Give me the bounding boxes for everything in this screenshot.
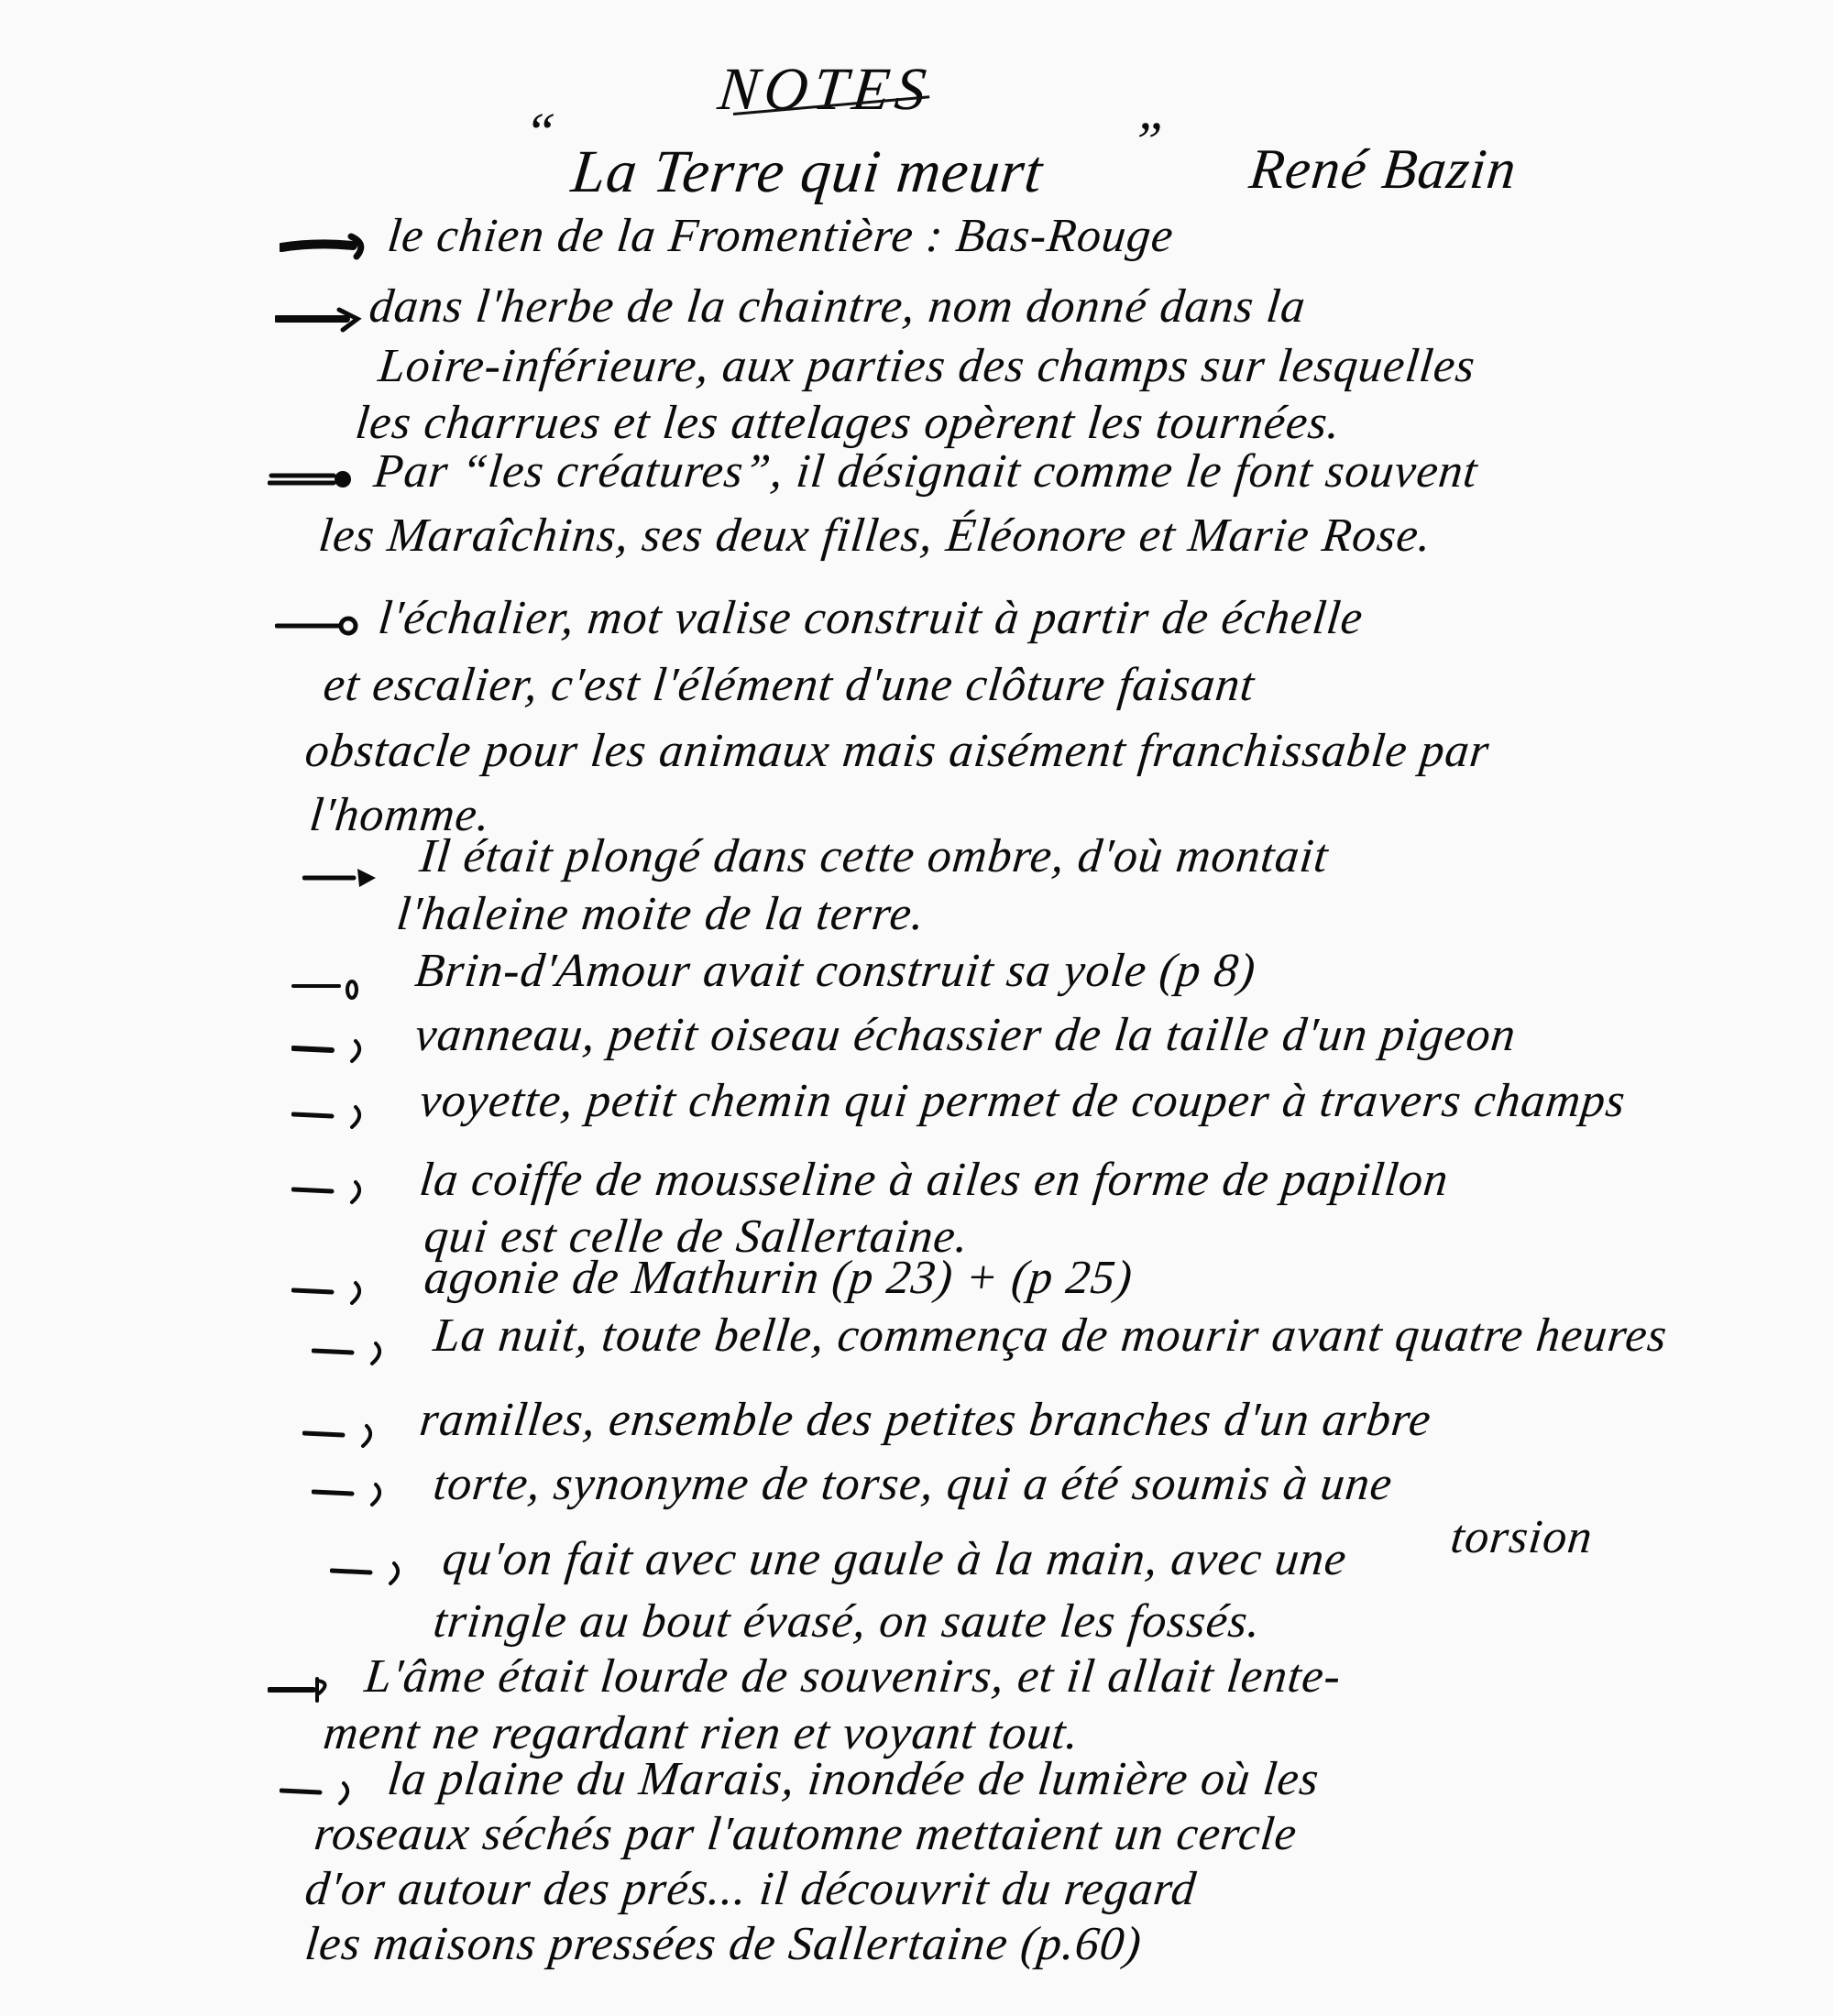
book-title: La Terre qui meurt — [568, 137, 1047, 207]
open-quote: “ — [521, 101, 559, 164]
note-line: torsion — [1448, 1510, 1596, 1565]
note-line: l'échalier, mot valise construit à parti… — [376, 591, 1366, 646]
arrow-paren-icon — [330, 1556, 422, 1589]
note-line: Il était plongé dans cette ombre, d'où m… — [417, 829, 1331, 884]
arrow-paren-icon — [291, 1100, 383, 1133]
note-line: Brin-d'Amour avait construit sa yole (p … — [412, 944, 1258, 999]
arrow-paren-icon — [291, 1276, 383, 1309]
note-line: obstacle pour les animaux mais aisément … — [302, 724, 1492, 779]
note-line: tringle au bout évasé, on saute les foss… — [431, 1594, 1264, 1649]
note-line: les maisons pressées de Sallertaine (p.6… — [302, 1917, 1145, 1972]
note-line: et escalier, c'est l'élément d'une clôtu… — [321, 658, 1257, 713]
arrow-paren-icon — [312, 1336, 403, 1369]
handwritten-notes-page: NOTES “ La Terre qui meurt ” René Bazin … — [0, 0, 1833, 2016]
arrow-dot-icon — [275, 609, 367, 642]
note-line: les Maraîchins, ses deux filles, Éléonor… — [316, 509, 1434, 564]
arrow-paren-icon — [291, 1175, 383, 1208]
arrow-paren-icon — [280, 1776, 371, 1809]
note-line: vanneau, petit oiseau échassier de la ta… — [412, 1008, 1519, 1063]
note-line: La nuit, toute belle, commença de mourir… — [431, 1309, 1670, 1364]
arrow-paren-icon — [291, 1034, 383, 1067]
note-line: Loire-inférieure, aux parties des champs… — [376, 339, 1478, 394]
close-quote: ” — [1127, 110, 1166, 173]
note-line: ramilles, ensemble des petites branches … — [417, 1393, 1434, 1448]
note-line: dans l'herbe de la chaintre, nom donné d… — [367, 279, 1309, 334]
note-line: l'haleine moite de la terre. — [394, 887, 927, 942]
note-line: les charrues et les attelages opèrent le… — [353, 396, 1344, 451]
arrow-dot-icon — [268, 463, 359, 496]
arrow-paren-icon — [302, 1419, 394, 1452]
note-line: roseaux séchés par l'automne mettaient u… — [312, 1807, 1300, 1862]
note-line: la plaine du Marais, inondée de lumière … — [385, 1752, 1322, 1807]
note-line: voyette, petit chemin qui permet de coup… — [417, 1074, 1629, 1129]
arrow-circle-icon — [291, 971, 383, 1004]
arrow-bold-icon — [275, 302, 367, 335]
note-line: torte, synonyme de torse, qui a été soum… — [431, 1457, 1395, 1512]
author-name: René Bazin — [1246, 137, 1520, 203]
note-line: L'âme était lourde de souvenirs, et il a… — [362, 1649, 1344, 1704]
note-line: Par “les créatures”, il désignait comme … — [371, 444, 1480, 499]
arrow-bold-icon — [280, 229, 371, 262]
note-line: la coiffe de mousseline à ailes en forme… — [417, 1153, 1451, 1208]
arrow-dot-icon — [268, 1673, 359, 1706]
arrow-paren-icon — [312, 1477, 403, 1510]
note-line: qu'on fait avec une gaule à la main, ave… — [440, 1532, 1349, 1587]
arrow-dot-icon — [302, 861, 394, 894]
note-line: le chien de la Fromentière : Bas-Rouge — [385, 209, 1177, 264]
note-line: d'or autour des prés... il découvrit du … — [302, 1862, 1199, 1917]
note-line: agonie de Mathurin (p 23) + (p 25) — [422, 1251, 1136, 1306]
